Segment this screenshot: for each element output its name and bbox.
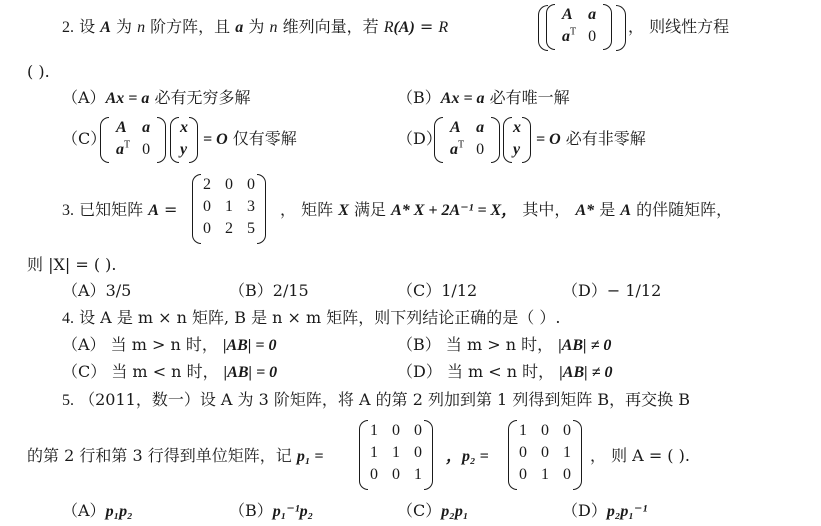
option-condition: 当 m > n 时，: [446, 335, 553, 354]
p2-symbol: ，p₂ =: [446, 448, 489, 465]
q2-option-d-matrix: Aa aT0: [434, 117, 500, 163]
cell: 0: [582, 26, 602, 48]
option-value: 2/15: [273, 281, 309, 300]
q2-blank: ( ).: [27, 62, 50, 82]
option-math: Ax = a: [106, 90, 150, 107]
q2-option-c-vector: x y: [170, 117, 198, 163]
option-result: |AB| = 0: [224, 364, 278, 381]
q4-option-b: （B） 当 m > n 时， |AB| ≠ 0: [397, 335, 611, 356]
equals: =: [164, 200, 177, 219]
q3-question: 则 |X| = ( ).: [27, 255, 117, 274]
q3-text: 已知矩阵: [79, 200, 143, 219]
option-label: （D）: [562, 281, 607, 300]
option-text: 仅有零解: [233, 129, 297, 148]
option-label: （B）: [397, 335, 441, 354]
rank-symbol: R: [438, 19, 448, 36]
q5-option-c: （C）p₂p₁: [397, 501, 468, 522]
option-value: − 1/12: [607, 281, 661, 300]
option-label: （C）: [397, 281, 441, 300]
q2-stem-line1: 2. 设 A 为 n 阶方阵，且 a 为 n 维列向量，若 R(A) = R: [62, 17, 448, 38]
matrix-symbol: A: [100, 19, 111, 36]
cell: a: [470, 117, 490, 139]
q5-text: ， 则 A = ( ).: [590, 446, 690, 465]
cell: A: [444, 117, 470, 139]
option-condition: 当 m < n 时，: [447, 362, 554, 381]
matrix-symbol: A: [620, 202, 631, 219]
q5-stem-line1: 5. （2011，数一）设 A 为 3 阶矩阵，将 A 的第 2 列加到第 1 …: [62, 390, 690, 411]
option-label: （A）: [62, 88, 106, 107]
q5-option-a: （A）p₁p₂: [62, 501, 133, 522]
q3-stem-end: ， 矩阵 X 满足 A* X + 2A⁻¹ = X， 其中， A* 是 A 的伴…: [280, 200, 732, 221]
option-text: 必有无穷多解: [154, 88, 250, 107]
cell: 1: [385, 442, 407, 464]
q2-option-c-matrix: Aa aT0: [100, 117, 166, 163]
adjugate-symbol: A*: [575, 202, 594, 219]
cell: 1: [534, 464, 556, 486]
cell: aT: [556, 26, 582, 48]
cell: 1: [218, 196, 240, 218]
option-value: p₂p₁⁻¹: [607, 503, 647, 520]
cell: a: [136, 117, 156, 139]
q2-stem-line1-end: ， 则线性方程: [628, 17, 729, 37]
q5-stem-line2b: ， 则 A = ( ).: [590, 446, 690, 466]
p1-symbol: p₁ =: [297, 448, 324, 465]
option-label: （B）: [397, 88, 441, 107]
cell: a: [582, 4, 602, 26]
option-label: （A）: [62, 335, 106, 354]
option-result: |AB| ≠ 0: [559, 364, 612, 381]
q2-outer-paren-right: [616, 5, 626, 51]
option-condition: 当 m > n 时，: [111, 335, 218, 354]
q3-option-c: （C）1/12: [397, 281, 477, 301]
cell: 0: [534, 442, 556, 464]
option-value: p₂p₁: [441, 503, 468, 520]
cell: aT: [444, 139, 470, 161]
option-value: p₁p₂: [106, 503, 133, 520]
q5-text: （2011，数一）设 A 为 3 阶矩阵，将 A 的第 2 列加到第 1 列得到…: [79, 390, 690, 409]
option-condition: 当 m < n 时，: [111, 362, 218, 381]
option-result: |AB| ≠ 0: [558, 337, 611, 354]
option-label: （A）: [62, 501, 106, 520]
rank-arg: (A): [393, 19, 414, 36]
q2-option-b: （B）Ax = a 必有唯一解: [397, 88, 570, 109]
q2-text: 为: [248, 17, 264, 36]
q5-option-d: （D）p₂p₁⁻¹: [562, 501, 647, 522]
q3-text: 其中，: [522, 200, 570, 219]
option-math: = O: [203, 131, 228, 148]
q3-option-b: （B）2/15: [229, 281, 309, 301]
option-label: （B）: [229, 281, 273, 300]
cell: 0: [534, 420, 556, 442]
cell: 0: [470, 139, 490, 161]
q2-option-a: （A）Ax = a 必有无穷多解: [62, 88, 250, 109]
q3-number: 3.: [62, 202, 74, 219]
q3-text: 是: [599, 200, 615, 219]
q5-number: 5.: [62, 392, 74, 409]
q3-text: 的伴随矩阵，: [636, 200, 732, 219]
equals: =: [420, 17, 433, 36]
q2-block-matrix: Aa aT0: [546, 4, 612, 50]
q5-matrix-p2: 100 001 010: [508, 420, 582, 490]
option-label: （C）: [397, 501, 441, 520]
rank-symbol: R: [384, 19, 394, 36]
var-n: n: [269, 19, 277, 36]
q2-text: 为: [116, 17, 132, 36]
var-n: n: [137, 19, 145, 36]
cell: A: [556, 4, 582, 26]
option-label: （C）: [62, 362, 106, 381]
option-label: （A）: [62, 281, 106, 300]
q3-text: ， 矩阵: [280, 200, 333, 219]
q2-text: 阶方阵，且: [150, 17, 230, 36]
cell: 0: [136, 139, 156, 161]
cell: 2: [218, 218, 240, 240]
cell: 0: [385, 420, 407, 442]
option-math: = O: [536, 131, 561, 148]
q4-stem: 4. 设 A 是 m × n 矩阵, B 是 n × m 矩阵，则下列结论正确的…: [62, 308, 560, 329]
q5-option-b: （B）p₁⁻¹p₂: [229, 501, 313, 522]
q4-number: 4.: [62, 310, 74, 327]
q2-text: ， 则线性方程: [628, 17, 729, 36]
q3-option-a: （A）3/5: [62, 281, 131, 301]
q5-text: 的第 2 行和第 3 行得到单位矩阵，记: [27, 446, 292, 465]
option-math: Ax = a: [441, 90, 485, 107]
q4-option-d: （D） 当 m < n 时， |AB| ≠ 0: [397, 362, 612, 383]
matrix-symbol: A: [148, 202, 159, 219]
cell: 0: [218, 174, 240, 196]
equation: A* X + 2A⁻¹ = X，: [391, 202, 517, 219]
cell: 0: [385, 464, 407, 486]
q5-stem-line2a: 的第 2 行和第 3 行得到单位矩阵，记 p₁ =: [27, 446, 324, 467]
answer-blank: ( ).: [27, 62, 50, 81]
option-value: 1/12: [441, 281, 477, 300]
option-label: （B）: [229, 501, 273, 520]
q3-text: 满足: [354, 200, 386, 219]
cell: aT: [110, 139, 136, 161]
q5-p2-label: ，p₂ =: [446, 446, 489, 467]
q3-stem-start: 3. 已知矩阵 A =: [62, 200, 177, 221]
q2-text: 设: [79, 17, 95, 36]
q3-matrix-A: 200 013 025: [192, 174, 266, 244]
matrix-symbol: X: [338, 202, 349, 219]
q2-option-d-vector: x y: [503, 117, 531, 163]
option-value: 3/5: [106, 281, 132, 300]
q4-text: 设 A 是 m × n 矩阵, B 是 n × m 矩阵，则下列结论正确的是（ …: [79, 308, 560, 327]
q5-matrix-p1: 100 110 001: [359, 420, 433, 490]
vector-symbol: a: [235, 19, 243, 36]
q3-option-d: （D）− 1/12: [562, 281, 661, 301]
option-result: |AB| = 0: [223, 337, 277, 354]
option-label: （D）: [397, 362, 442, 381]
option-value: p₁⁻¹p₂: [273, 503, 313, 520]
q2-option-d-text: = O 必有非零解: [536, 129, 646, 150]
q4-option-a: （A） 当 m > n 时， |AB| = 0: [62, 335, 277, 356]
option-text: 必有唯一解: [490, 88, 570, 107]
q3-line2: 则 |X| = ( ).: [27, 255, 117, 275]
option-text: 必有非零解: [566, 129, 646, 148]
cell: A: [110, 117, 136, 139]
q2-number: 2.: [62, 19, 74, 36]
q2-option-c-text: = O 仅有零解: [203, 129, 297, 150]
q2-text: 维列向量，若: [283, 17, 379, 36]
q4-option-c: （C） 当 m < n 时， |AB| = 0: [62, 362, 277, 383]
option-label: （D）: [562, 501, 607, 520]
